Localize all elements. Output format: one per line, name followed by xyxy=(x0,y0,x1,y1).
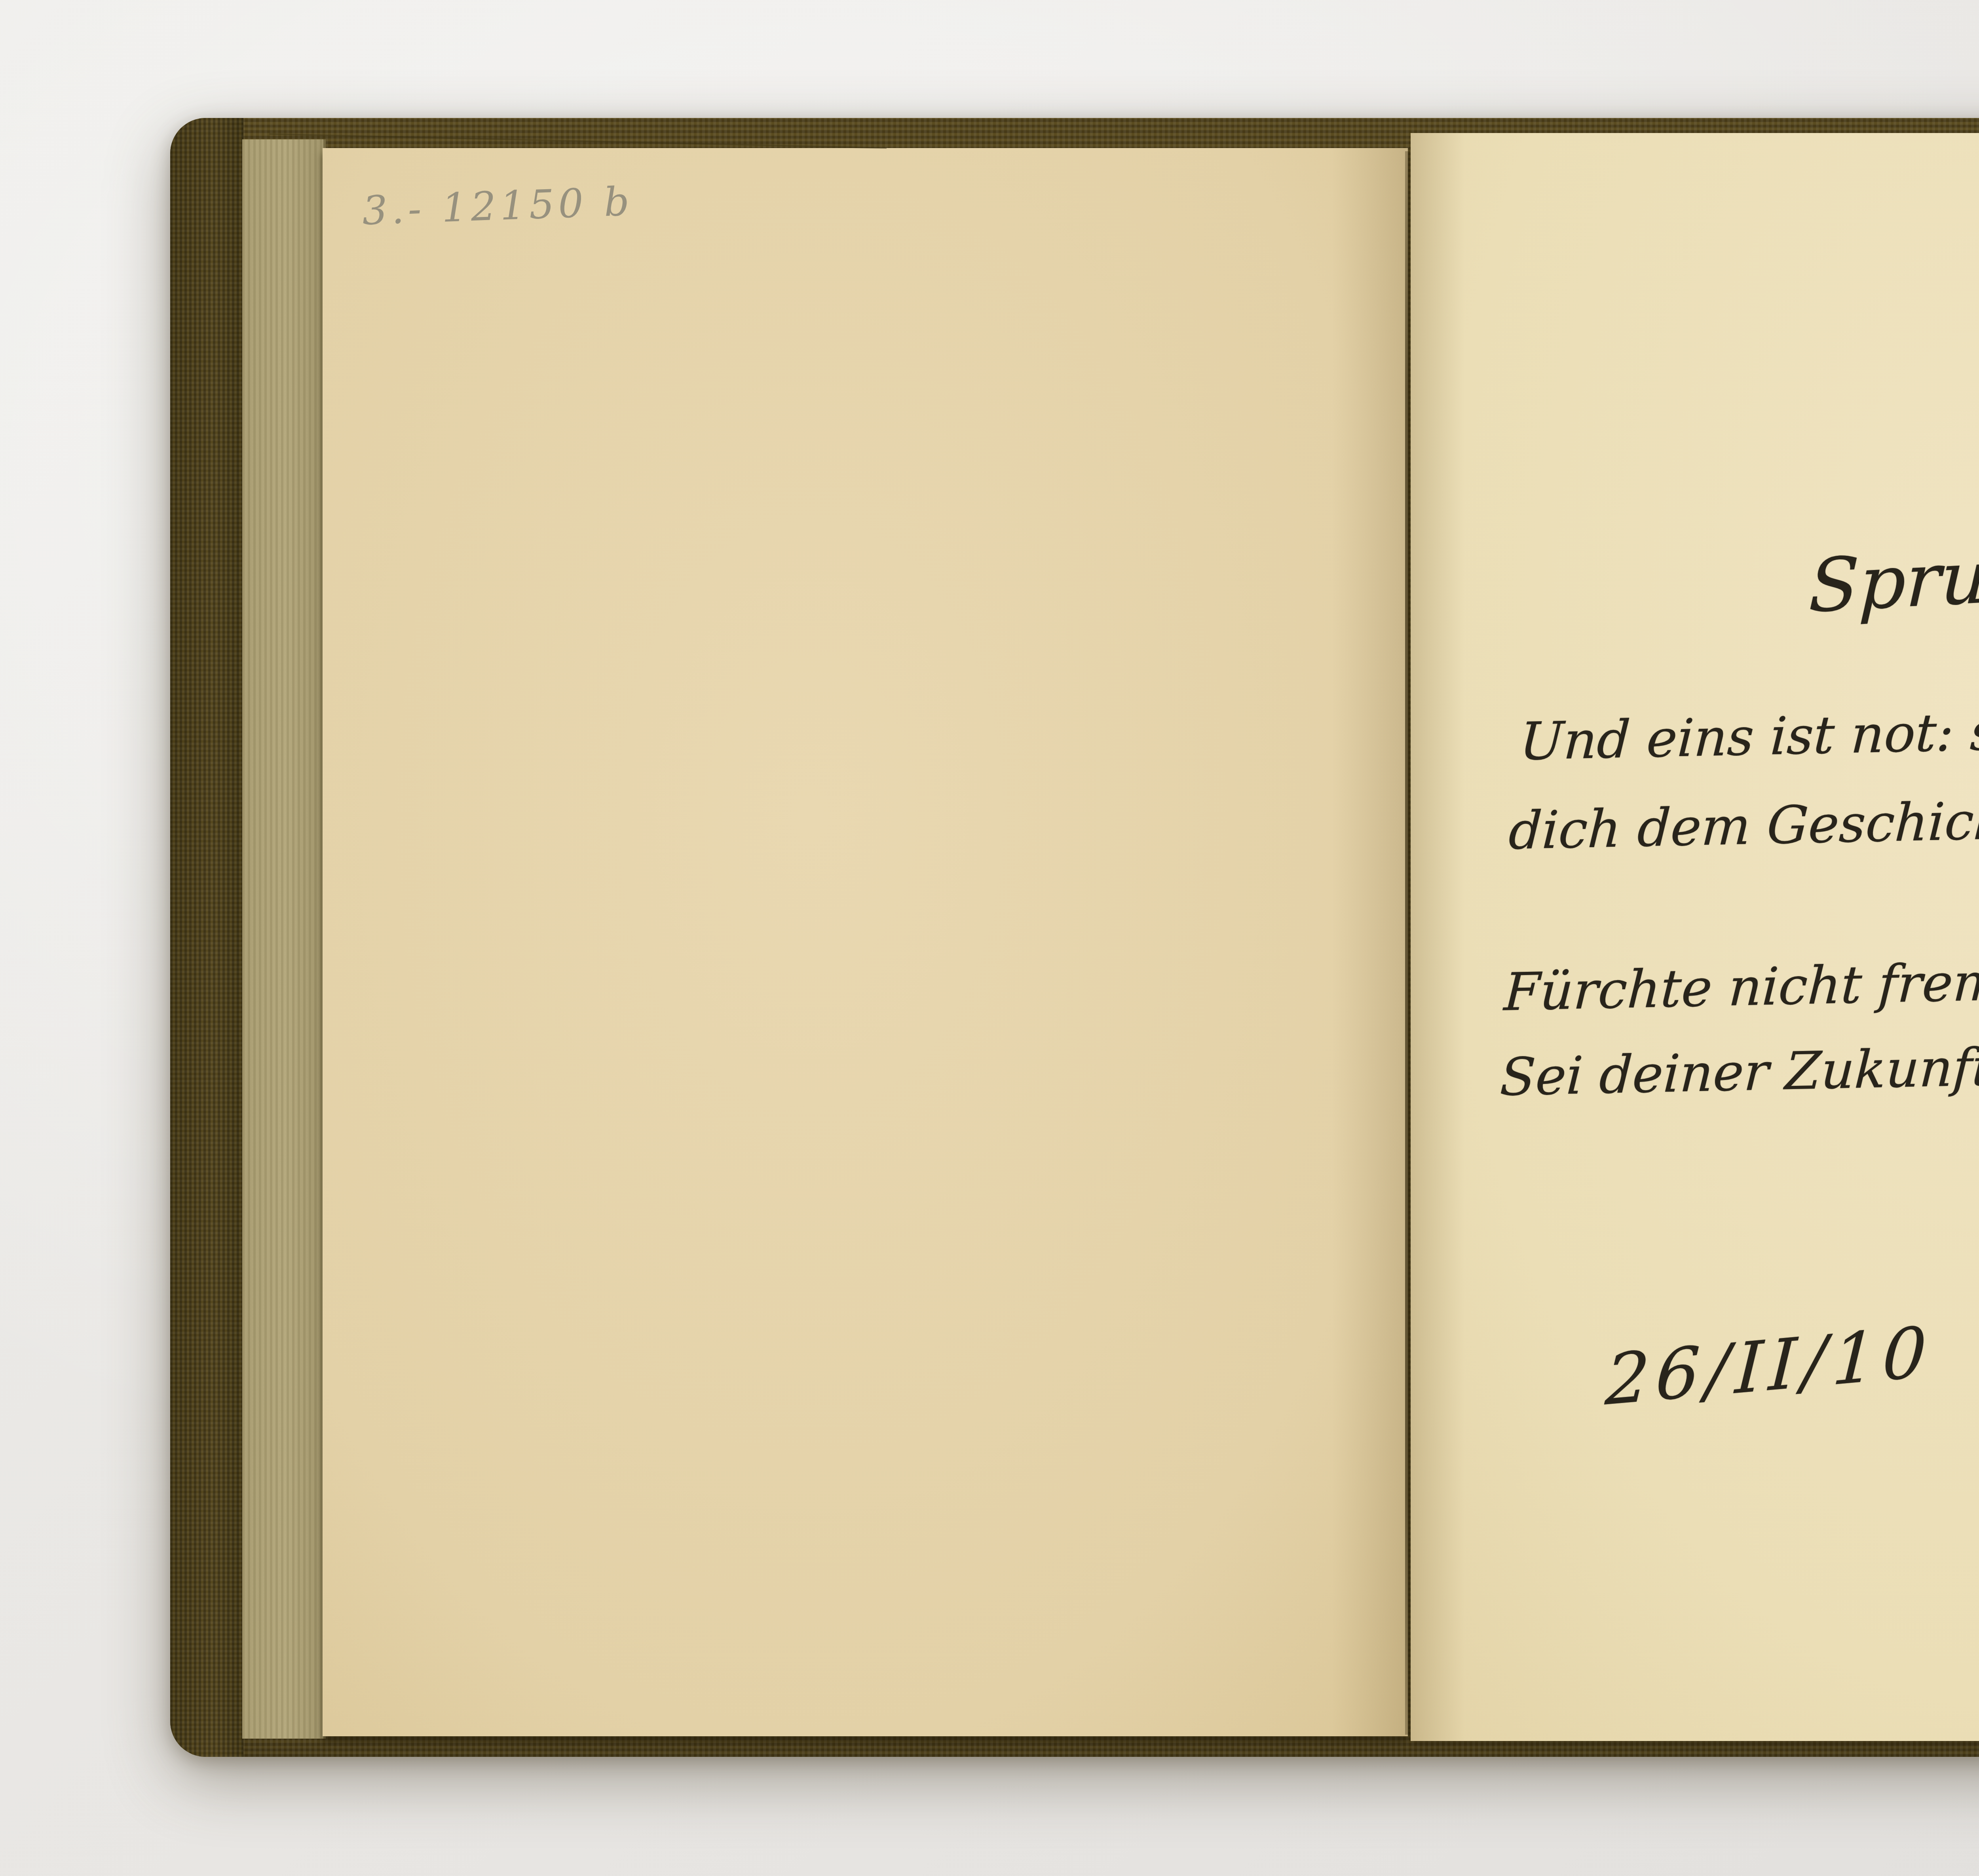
left-page xyxy=(323,148,1408,1736)
poem-title: Spruch xyxy=(1808,529,1979,629)
right-page xyxy=(1411,133,1979,1741)
spine-cloth xyxy=(170,118,243,1757)
hinge-cloth-strip xyxy=(242,139,326,1739)
book-photo: 3.- 12150 b Spruch Und eins ist not: sei… xyxy=(0,0,1979,1876)
pencil-inventory-note: 3.- 12150 b xyxy=(361,178,634,234)
page-gutter xyxy=(1405,151,1410,1735)
